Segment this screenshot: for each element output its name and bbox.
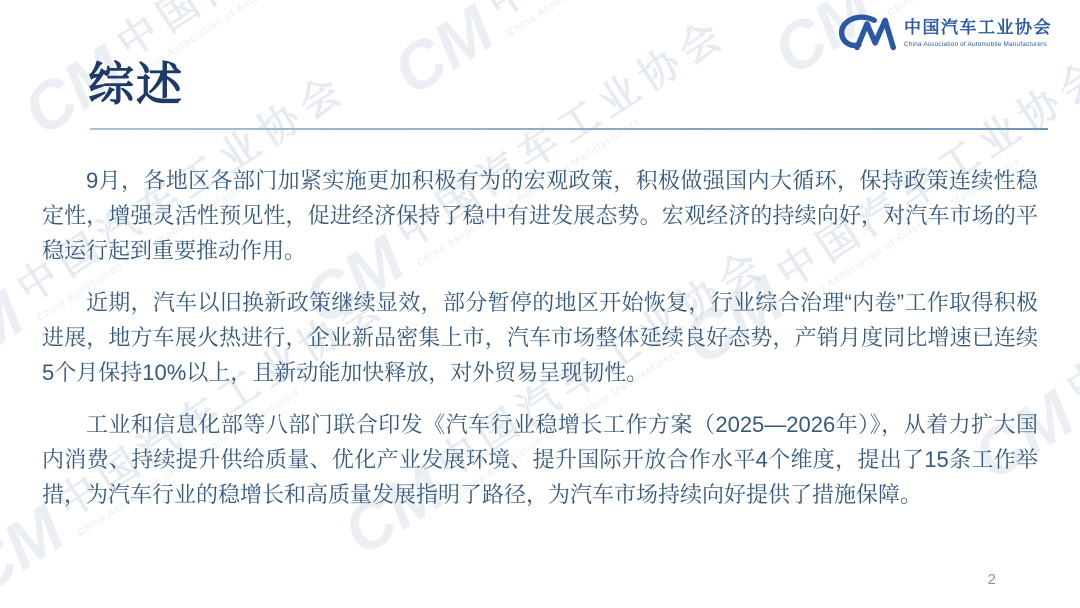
slide-title: 综述 xyxy=(88,48,184,114)
paragraph-3: 工业和信息化部等八部门联合印发《汽车行业稳增长工作方案（2025—2026年）》… xyxy=(42,407,1038,512)
title-divider xyxy=(90,128,1048,130)
paragraph-1: 9月，各地区各部门加紧实施更加积极有为的宏观政策，积极做强国内大循环，保持政策连… xyxy=(42,163,1038,268)
caam-logo-name-en: China Association of Automobile Manufact… xyxy=(904,41,1052,48)
watermark: CM中国汽车工业协会China Association of Automobil… xyxy=(12,0,466,146)
page-number: 2 xyxy=(988,571,996,588)
caam-logo: 中国汽车工业协会 China Association of Automobile… xyxy=(838,13,1052,53)
caam-monogram-watermark: CM xyxy=(0,279,34,390)
watermark-text-en: China Association of Automobile Manufact… xyxy=(505,0,732,39)
caam-logo-name-zh: 中国汽车工业协会 xyxy=(904,18,1052,38)
caam-logo-text: 中国汽车工业协会 China Association of Automobile… xyxy=(904,18,1052,47)
watermark-text-zh: 中国汽车工业协会 xyxy=(859,0,1080,6)
watermark-text-zh: 中国汽车工业协会 xyxy=(479,0,825,26)
watermark: CM中国汽车工业协会China Association of Automobil… xyxy=(382,0,836,106)
watermark-text-zh: 中国汽车工业协会 xyxy=(1059,165,1080,411)
slide-canvas: CM中国汽车工业协会China Association of Automobil… xyxy=(0,0,1080,608)
paragraph-2: 近期，汽车以旧换新政策继续显效，部分暂停的地区开始恢复，行业综合治理“内卷”工作… xyxy=(42,285,1038,390)
caam-monogram-icon xyxy=(838,13,896,53)
slide-body: 9月，各地区各部门加紧实施更加积极有为的宏观政策，积极做强国内大循环，保持政策连… xyxy=(42,163,1038,529)
caam-monogram-watermark: CM xyxy=(382,0,504,106)
